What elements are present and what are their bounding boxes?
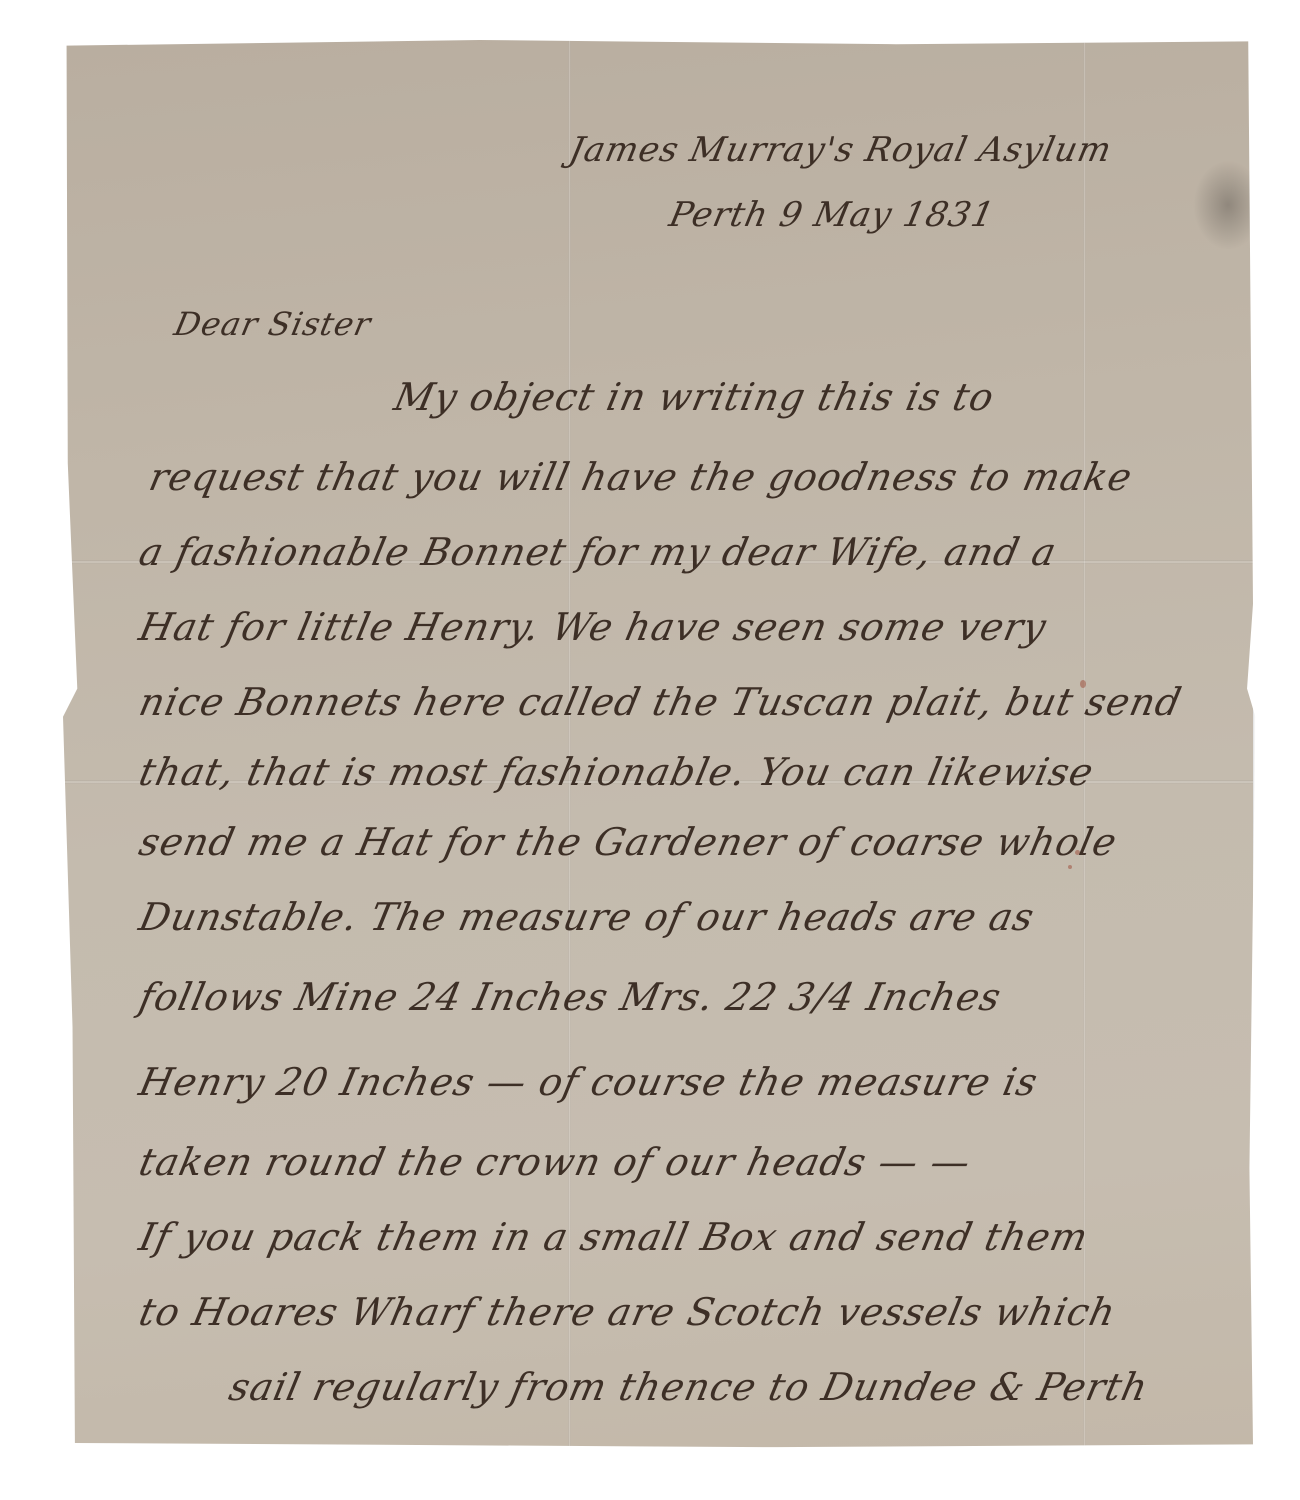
body-line-5: nice Bonnets here called the Tuscan plai…: [135, 680, 1186, 724]
body-line-7: send me a Hat for the Gardener of coarse…: [135, 820, 1121, 864]
body-line-12: If you pack them in a small Box and send…: [135, 1215, 1092, 1259]
body-line-13: to Hoares Wharf there are Scotch vessels…: [135, 1290, 1120, 1334]
body-line-2: request that you will have the goodness …: [145, 455, 1136, 499]
stain-mark: [1068, 865, 1072, 869]
body-line-11: taken round the crown of our heads — —: [135, 1140, 975, 1184]
body-line-9-measurements: follows Mine 24 Inches Mrs. 22 3/4 Inche…: [135, 975, 1005, 1019]
body-line-6: that, that is most fashionable. You can …: [135, 750, 1098, 794]
body-line-8: Dunstable. The measure of our heads are …: [135, 895, 1038, 939]
letter-address: James Murray's Royal Asylum: [566, 130, 1116, 170]
body-line-4: Hat for little Henry. We have seen some …: [135, 605, 1050, 649]
body-line-10: Henry 20 Inches — of course the measure …: [135, 1060, 1042, 1104]
body-line-14: sail regularly from thence to Dundee & P…: [225, 1365, 1152, 1409]
ink-smudge: [1193, 160, 1263, 250]
letter-date: Perth 9 May 1831: [666, 195, 999, 235]
body-line-3: a fashionable Bonnet for my dear Wife, a…: [135, 530, 1061, 574]
salutation: Dear Sister: [171, 305, 375, 343]
body-line-1: My object in writing this is to: [390, 375, 998, 419]
